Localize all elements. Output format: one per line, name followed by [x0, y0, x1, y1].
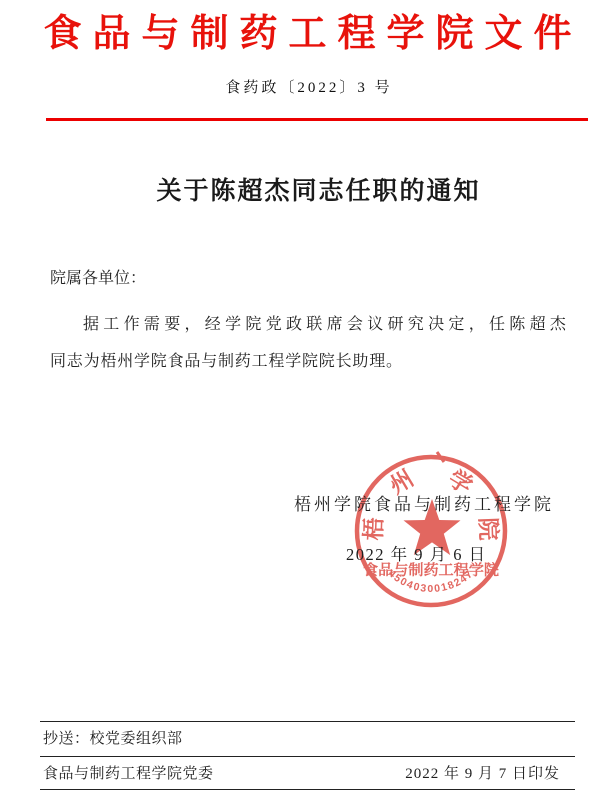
- footer-print-date: 2022 年 9 月 7 日印发: [0, 762, 560, 783]
- body-paragraph-line-2: 同志为梧州学院食品与制药工程学院院长助理。: [50, 348, 590, 371]
- document-page: 食品与制药工程学院文件 食药政〔2022〕3 号 关于陈超杰同志任职的通知 院属…: [0, 0, 615, 811]
- org-title: 食品与制药工程学院文件: [0, 2, 615, 57]
- red-separator-rule: [46, 118, 588, 121]
- seal-arc-char: 院: [475, 517, 501, 541]
- official-seal-icon: 梧 州 学 院 食品与制药工程学院 4504030018247: [341, 441, 521, 621]
- doc-number: 食药政〔2022〕3 号: [0, 76, 615, 97]
- body-paragraph-line-1: 据工作需要，经学院党政联席会议研究决定，任陈超杰: [50, 311, 590, 334]
- salutation: 院属各单位：: [50, 265, 146, 288]
- doc-title: 关于陈超杰同志任职的通知: [0, 171, 615, 207]
- footer-divider-bottom: [40, 789, 575, 790]
- seal-arc-char: 梧: [360, 517, 387, 541]
- footer-divider-middle: [40, 756, 575, 757]
- footer-divider-top: [40, 721, 575, 722]
- footer-cc: 抄送：校党委组织部: [43, 727, 183, 748]
- signature-date: 2022 年 9 月 6 日: [346, 541, 487, 565]
- signature-org: 梧州学院食品与制药工程学院: [294, 490, 554, 515]
